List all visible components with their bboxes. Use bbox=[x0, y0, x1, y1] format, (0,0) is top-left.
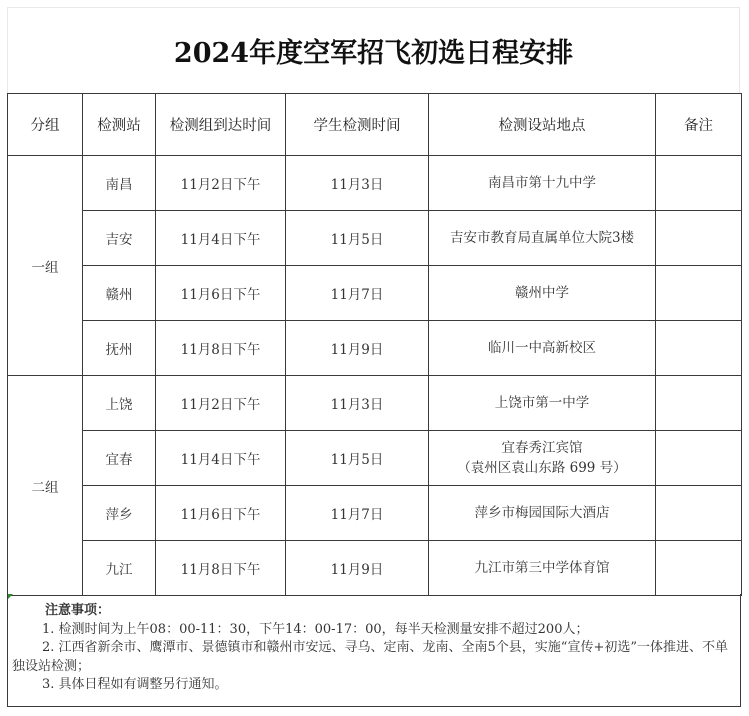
station-cell: 抚州 bbox=[83, 321, 156, 376]
arrival-cell: 11月2日下午 bbox=[156, 156, 286, 211]
arrival-cell: 11月6日下午 bbox=[156, 486, 286, 541]
station-cell: 吉安 bbox=[83, 211, 156, 266]
header-station: 检测站 bbox=[83, 94, 156, 156]
arrival-cell: 11月6日下午 bbox=[156, 266, 286, 321]
note-item: 1. 检测时间为上午08：00-11：30，下午14：00-17：00，每半天检… bbox=[12, 621, 736, 640]
group-cell: 二组 bbox=[8, 376, 83, 596]
table-row: 吉安 11月4日下午 11月5日 吉安市教育局直属单位大院3楼 bbox=[8, 211, 742, 266]
table-row: 赣州 11月6日下午 11月7日 赣州中学 bbox=[8, 266, 742, 321]
arrival-cell: 11月4日下午 bbox=[156, 211, 286, 266]
location-cell: 南昌市第十九中学 bbox=[429, 156, 656, 211]
table-row: 一组 南昌 11月2日下午 11月3日 南昌市第十九中学 bbox=[8, 156, 742, 211]
station-cell: 萍乡 bbox=[83, 486, 156, 541]
table-row: 二组 上饶 11月2日下午 11月3日 上饶市第一中学 bbox=[8, 376, 742, 431]
exam-date-cell: 11月3日 bbox=[286, 376, 429, 431]
exam-date-cell: 11月3日 bbox=[286, 156, 429, 211]
remark-cell bbox=[656, 431, 742, 486]
location-cell: 萍乡市梅园国际大酒店 bbox=[429, 486, 656, 541]
remark-cell bbox=[656, 486, 742, 541]
station-cell: 九江 bbox=[83, 541, 156, 596]
arrival-cell: 11月2日下午 bbox=[156, 376, 286, 431]
schedule-table: 分组 检测站 检测组到达时间 学生检测时间 检测设站地点 备注 一组 南昌 11… bbox=[7, 93, 742, 596]
exam-date-cell: 11月7日 bbox=[286, 266, 429, 321]
header-exam-time: 学生检测时间 bbox=[286, 94, 429, 156]
header-location: 检测设站地点 bbox=[429, 94, 656, 156]
header-row: 分组 检测站 检测组到达时间 学生检测时间 检测设站地点 备注 bbox=[8, 94, 742, 156]
station-cell: 上饶 bbox=[83, 376, 156, 431]
location-cell: 宜春秀江宾馆 （袁州区袁山东路 699 号） bbox=[429, 431, 656, 486]
station-cell: 宜春 bbox=[83, 431, 156, 486]
note-item: 2. 江西省新余市、鹰潭市、景德镇市和赣州市安远、寻乌、定南、龙南、全南5个县，… bbox=[12, 639, 736, 676]
exam-date-cell: 11月9日 bbox=[286, 541, 429, 596]
location-cell: 吉安市教育局直属单位大院3楼 bbox=[429, 211, 656, 266]
header-arrival-time: 检测组到达时间 bbox=[156, 94, 286, 156]
header-group: 分组 bbox=[8, 94, 83, 156]
table-row: 抚州 11月8日下午 11月9日 临川一中高新校区 bbox=[8, 321, 742, 376]
cell-selection-marker bbox=[8, 594, 13, 599]
note-item: 3. 具体日程如有调整另行通知。 bbox=[12, 676, 736, 695]
remark-cell bbox=[656, 211, 742, 266]
exam-date-cell: 11月9日 bbox=[286, 321, 429, 376]
location-cell: 临川一中高新校区 bbox=[429, 321, 656, 376]
arrival-cell: 11月8日下午 bbox=[156, 541, 286, 596]
table-row: 九江 11月8日下午 11月9日 九江市第三中学体育馆 bbox=[8, 541, 742, 596]
header-remark: 备注 bbox=[656, 94, 742, 156]
notes-heading: 注意事项： bbox=[12, 602, 736, 621]
exam-date-cell: 11月7日 bbox=[286, 486, 429, 541]
arrival-cell: 11月4日下午 bbox=[156, 431, 286, 486]
page-title: 2024年度空军招飞初选日程安排 bbox=[174, 31, 573, 70]
table-row: 萍乡 11月6日下午 11月7日 萍乡市梅园国际大酒店 bbox=[8, 486, 742, 541]
location-cell: 九江市第三中学体育馆 bbox=[429, 541, 656, 596]
notes-section: 注意事项： 1. 检测时间为上午08：00-11：30，下午14：00-17：0… bbox=[7, 594, 741, 707]
table-row: 宜春 11月4日下午 11月5日 宜春秀江宾馆 （袁州区袁山东路 699 号） bbox=[8, 431, 742, 486]
title-container: 2024年度空军招飞初选日程安排 bbox=[7, 7, 740, 93]
remark-cell bbox=[656, 156, 742, 211]
arrival-cell: 11月8日下午 bbox=[156, 321, 286, 376]
exam-date-cell: 11月5日 bbox=[286, 431, 429, 486]
remark-cell bbox=[656, 376, 742, 431]
remark-cell bbox=[656, 266, 742, 321]
location-cell: 赣州中学 bbox=[429, 266, 656, 321]
group-cell: 一组 bbox=[8, 156, 83, 376]
exam-date-cell: 11月5日 bbox=[286, 211, 429, 266]
location-cell: 上饶市第一中学 bbox=[429, 376, 656, 431]
remark-cell bbox=[656, 541, 742, 596]
station-cell: 赣州 bbox=[83, 266, 156, 321]
station-cell: 南昌 bbox=[83, 156, 156, 211]
remark-cell bbox=[656, 321, 742, 376]
